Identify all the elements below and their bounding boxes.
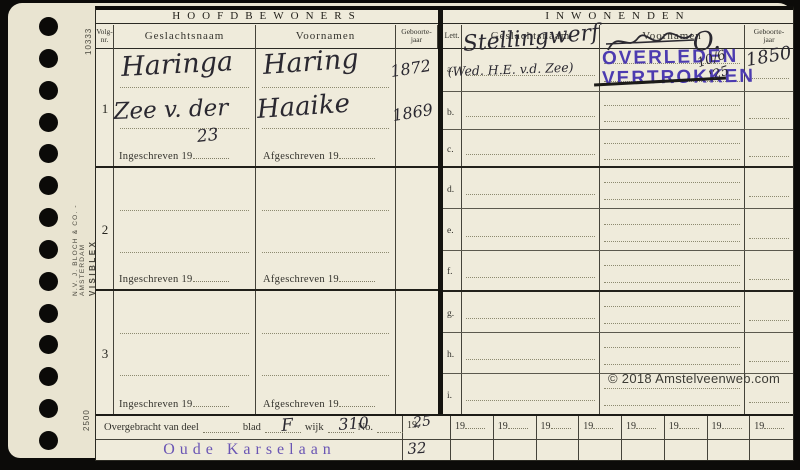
write-line [466,359,595,360]
row-number: 3 [96,346,114,362]
punch-hole [39,240,58,259]
write-line [120,87,249,88]
punch-hole [39,399,58,418]
hw-ingeschreven-year: 23 [196,125,220,147]
inwonende-row-d: d. [443,168,793,209]
col-header-voornamen-left: Voornamen [256,25,396,48]
printer-company: N.V. J. BLOCH & CO. - AMSTERDAM [72,171,86,296]
write-line [120,252,249,253]
afgeschreven-label: Afgeschreven 19 [263,397,375,410]
row-number: 1 [96,101,114,117]
write-line [120,375,249,376]
letter-label: d. [447,185,454,195]
write-line [604,121,740,122]
punch-hole [39,49,58,68]
ingeschreven-label: Ingeschreven 19 [119,397,229,410]
write-line [749,118,789,119]
letter-label: f. [447,267,453,277]
register-table: HOOFDBEWONERS INWONENDEN Volg- nr. Gesla… [95,6,794,461]
write-line [262,375,389,376]
write-line [262,87,389,88]
write-line [262,333,389,334]
year-cell: 19 [583,420,613,432]
row-number: 2 [96,222,114,238]
write-line [466,277,595,278]
letter-label: c. [447,145,454,155]
punch-hole-strip [28,17,68,450]
year-cell: 19 [541,420,571,432]
punch-hole [39,304,58,323]
write-line [604,405,740,406]
write-line [604,182,740,183]
write-line [120,210,249,211]
write-line [604,143,740,144]
write-line [749,320,789,321]
col-header-geslachtsnaam-left: Geslachtsnaam [114,25,256,48]
write-line [604,282,740,283]
ingeschreven-label: Ingeschreven 19 [119,272,229,285]
register-card-scan: 10333 N.V. J. BLOCH & CO. - AMSTERDAM VI… [8,3,794,458]
year-cell: 19 [669,420,699,432]
write-line [604,306,740,307]
hw-geslachtsnaam-2: Zee v. der [113,95,229,125]
year-cell: 19 [455,420,485,432]
inwonenden-section: a. b. c. d. [443,47,793,414]
letter-label: e. [447,226,454,236]
year-cell: 19 [754,420,784,432]
write-line [749,238,789,239]
write-line [604,105,740,106]
punch-hole [39,431,58,450]
write-line [749,279,789,280]
hw-wijk-value: F [281,415,294,436]
inwonende-row-b: b. [443,92,793,130]
title-band: HOOFDBEWONERS INWONENDEN [96,10,793,24]
letter-label: i. [447,391,452,401]
section-title-inwonenden: INWONENDEN [443,10,793,23]
write-line [466,154,595,155]
col-header-lett: Lett. [443,25,462,48]
punch-hole [39,272,58,291]
form-number-top: 10333 [84,9,93,55]
hoofdbewoner-row-3: 3 Ingeschreven 19 Afgeschreven 19 [96,291,438,414]
punch-hole [39,144,58,163]
write-line [749,361,789,362]
hw-geslachtsnaam-1: Haringa [120,46,233,83]
illegible-scribble [604,26,696,56]
printer-imprint: N.V. J. BLOCH & CO. - AMSTERDAM VISIBLEX [72,171,97,296]
write-line [604,159,740,160]
write-line [604,241,740,242]
inwonende-row-f: f. [443,251,793,292]
col-header-volgnr: Volg- nr. [96,25,114,48]
write-line [262,128,389,129]
write-line [749,402,789,403]
write-line [604,265,740,266]
write-line [120,128,249,129]
write-line [262,210,389,211]
write-line [466,194,595,195]
write-line [749,156,789,157]
letter-label: b. [447,108,454,118]
punch-hole [39,113,58,132]
letter-label: g. [447,309,454,319]
afgeschreven-label: Afgeschreven 19 [263,149,375,162]
afgeschreven-label: Afgeschreven 19 [263,272,375,285]
year-cell: 19 [712,420,742,432]
write-line [604,347,740,348]
hoofdbewoner-row-2: 2 Ingeschreven 19 Afgeschreven 19 [96,168,438,291]
punch-hole [39,81,58,100]
letter-label: h. [447,350,454,360]
write-line [604,364,740,365]
write-line [262,252,389,253]
section-title-hoofdbewoners: HOOFDBEWONERS [96,10,438,23]
watermark: © 2018 Amstelveenweb.com [608,371,780,386]
write-line [749,196,789,197]
inwonende-row-h: h. [443,333,793,374]
punch-hole [39,208,58,227]
write-line [466,236,595,237]
punch-hole [39,335,58,354]
punch-hole [39,367,58,386]
street-name-stamp: Oude Karselaan [96,441,403,459]
ingeschreven-label: Ingeschreven 19 [119,149,229,162]
col-header-geboortejaar-left: Geboorte- jaar [396,25,438,48]
inwonende-row-e: e. [443,209,793,251]
inwonende-row-c: c. [443,130,793,168]
write-line [604,224,740,225]
punch-hole [39,17,58,36]
write-line [604,388,740,389]
hw-year-value: 25 [412,413,431,431]
punch-hole [39,176,58,195]
write-line [604,323,740,324]
write-line [466,400,595,401]
inwonende-row-g: g. [443,292,793,333]
form-number-bottom: 2500 [82,401,91,431]
write-line [604,199,740,200]
hw-house-number: 32 [407,439,427,458]
write-line [466,116,595,117]
hw-no-value: 310 [338,413,370,434]
year-cell: 19 [626,420,656,432]
footer-transfer-row: Overgebracht van deel blad wijk No. 19. … [96,414,793,439]
write-line [120,333,249,334]
write-line [466,318,595,319]
year-cell: 19 [498,420,528,432]
